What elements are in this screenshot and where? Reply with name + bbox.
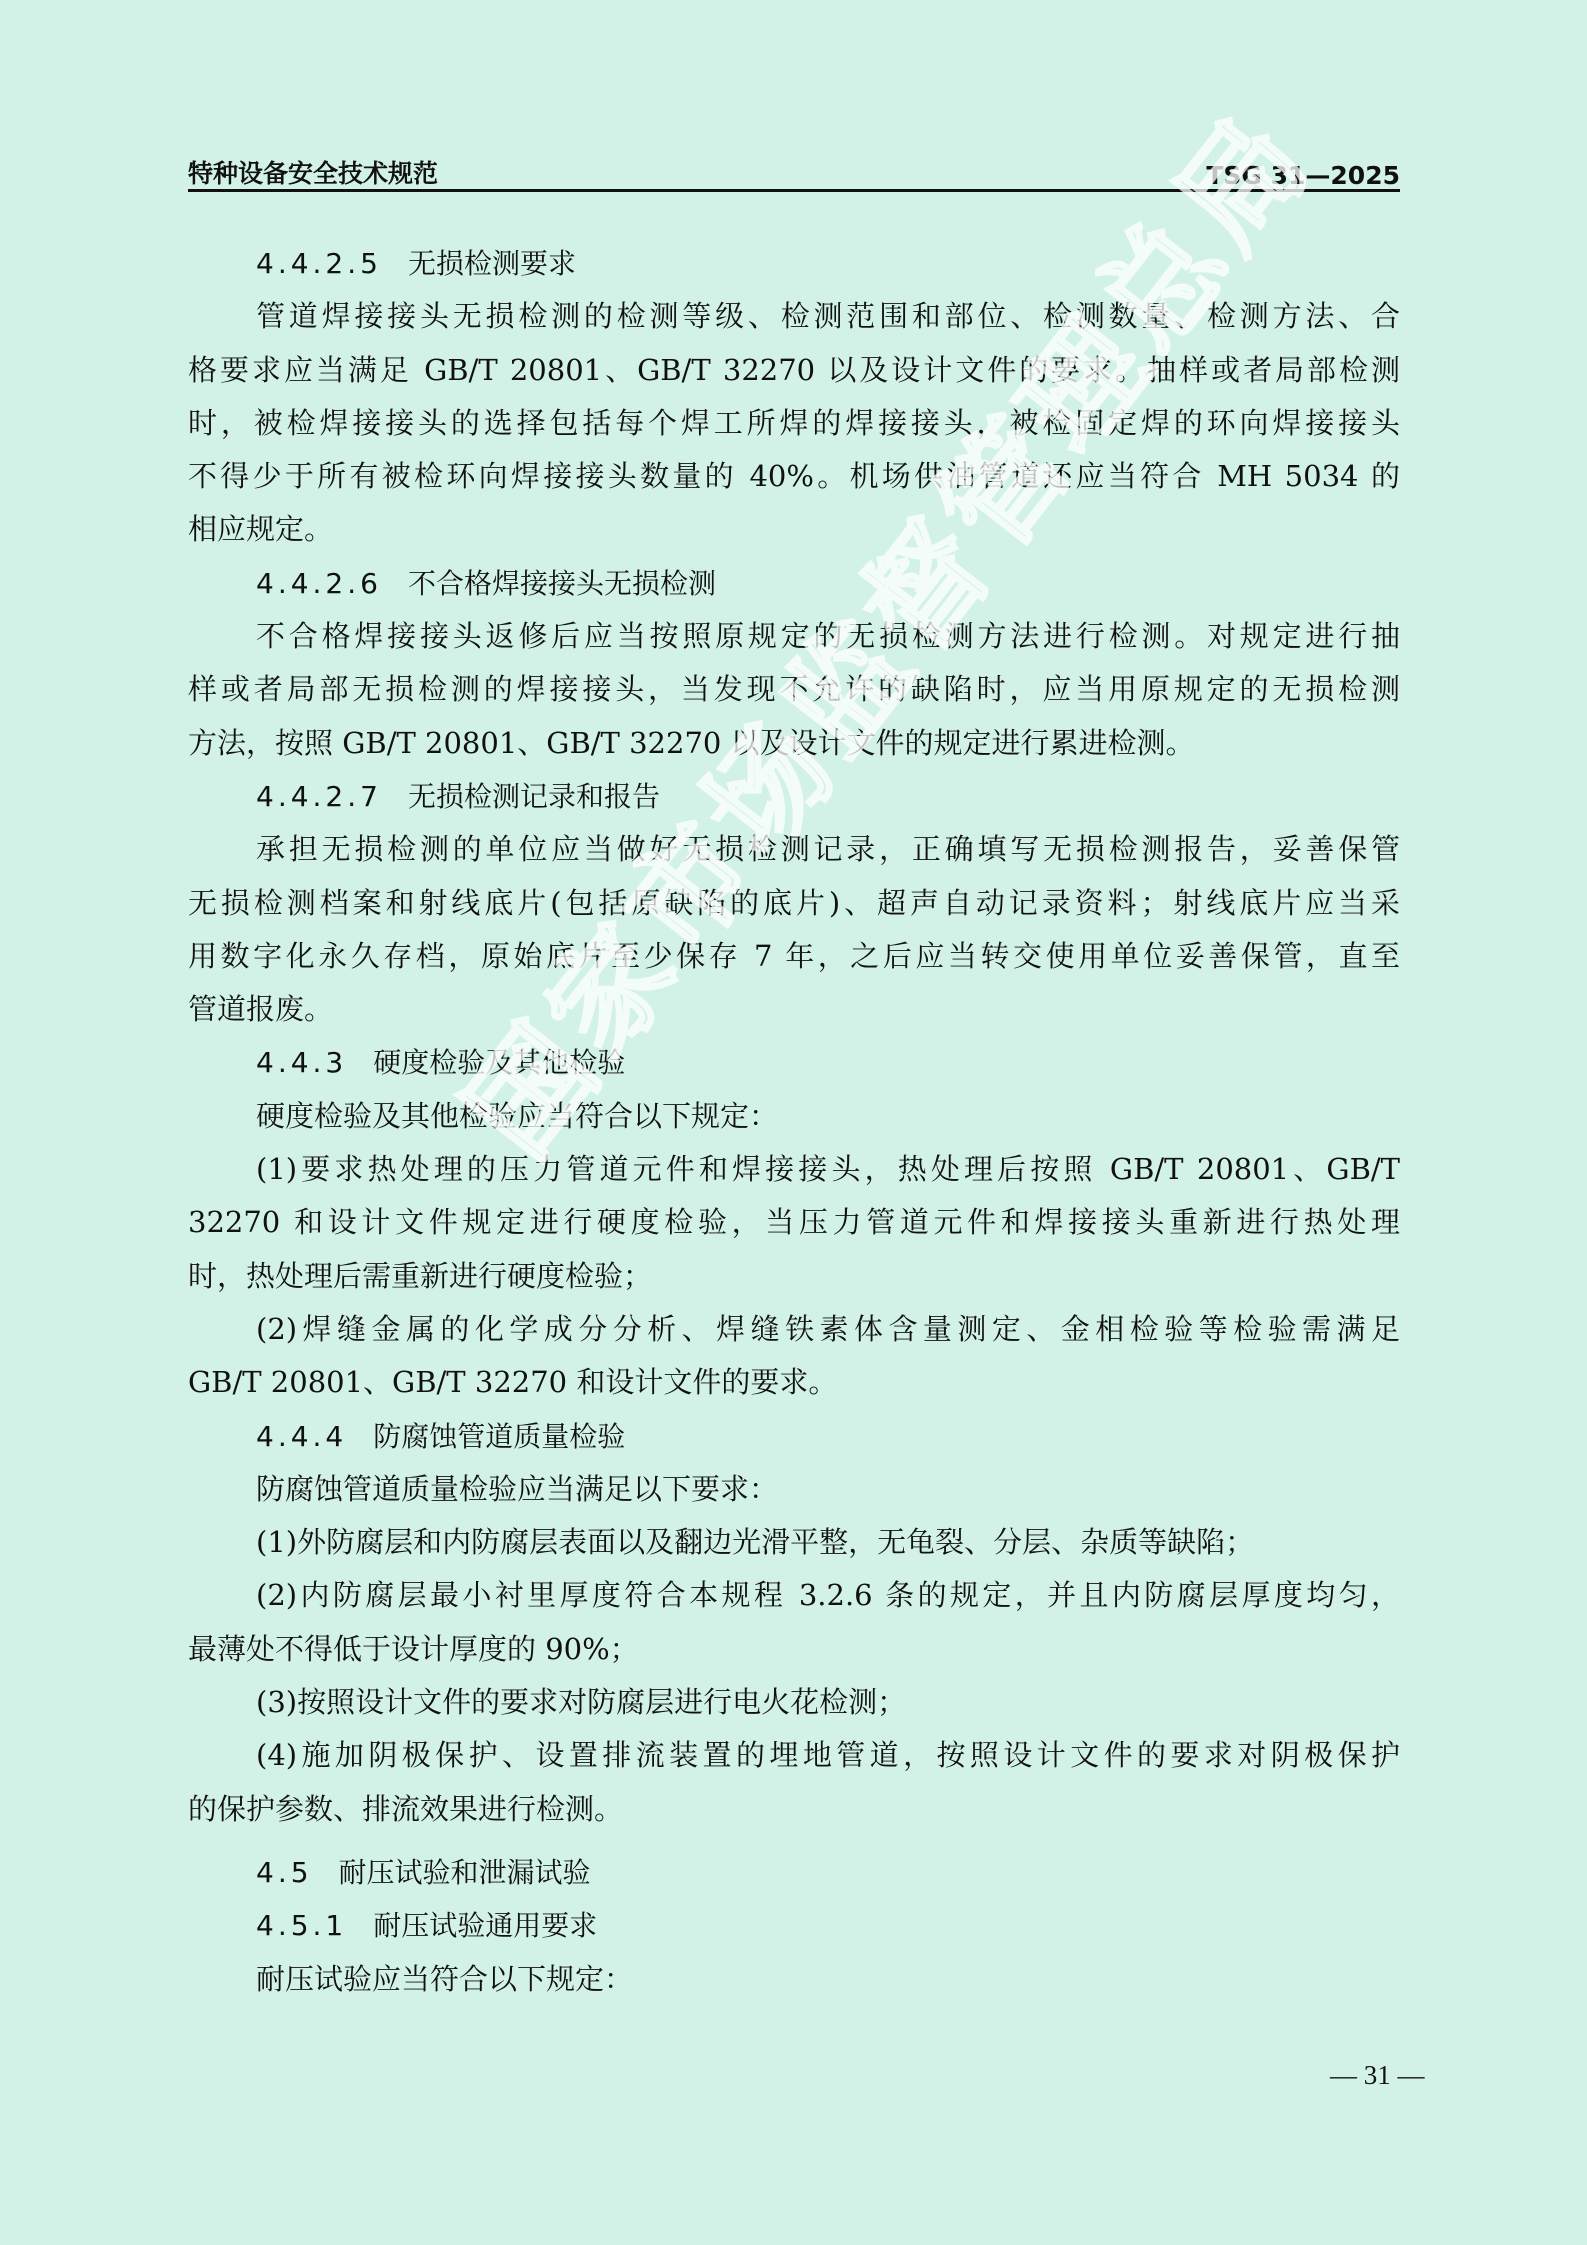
paragraph: (1)要求热处理的压力管道元件和焊接接头，热处理后按照 GB/T 20801、G… (188, 1143, 1400, 1303)
section-title: 耐压试验通用要求 (373, 1909, 597, 1942)
section-title: 硬度检验及其他检验 (373, 1046, 625, 1079)
paragraph-line: 无损检测档案和射线底片(包括原缺陷的底片)、超声自动记录资料；射线底片应当采 (188, 877, 1400, 930)
paragraph-line: 32270 和设计文件规定进行硬度检验，当压力管道元件和焊接接头重新进行热处理 (188, 1196, 1400, 1249)
paragraph-line: 承担无损检测的单位应当做好无损检测记录，正确填写无损检测报告，妥善保管 (188, 823, 1400, 876)
section-number: 4.5.1 (256, 1909, 347, 1942)
section-title: 防腐蚀管道质量检验 (373, 1420, 625, 1453)
paragraph-line: 相应规定。 (188, 503, 1400, 556)
paragraph: 承担无损检测的单位应当做好无损检测记录，正确填写无损检测报告，妥善保管无损检测档… (188, 823, 1400, 1036)
section-heading: 4.4.3硬度检验及其他检验 (188, 1036, 1400, 1089)
paragraph-line: GB/T 20801、GB/T 32270 和设计文件的要求。 (188, 1356, 1400, 1409)
paragraph: 硬度检验及其他检验应当符合以下规定： (188, 1090, 1400, 1143)
section-heading: 4.4.4防腐蚀管道质量检验 (188, 1410, 1400, 1463)
section-heading: 4.5耐压试验和泄漏试验 (188, 1846, 1400, 1899)
section-number: 4.4.2.6 (256, 567, 382, 600)
document-body: 4.4.2.5无损检测要求管道焊接接头无损检测的检测等级、检测范围和部位、检测数… (188, 237, 1400, 2006)
paragraph-line: 耐压试验应当符合以下规定： (188, 1953, 1400, 2006)
paragraph-line: 不得少于所有被检环向焊接接头数量的 40%。机场供油管道还应当符合 MH 503… (188, 450, 1400, 503)
section-heading: 4.4.2.6不合格焊接接头无损检测 (188, 557, 1400, 610)
paragraph: (1)外防腐层和内防腐层表面以及翻边光滑平整，无龟裂、分层、杂质等缺陷； (188, 1516, 1400, 1569)
paragraph-line: 的保护参数、排流效果进行检测。 (188, 1783, 1400, 1836)
section-gap (188, 1836, 1400, 1846)
section-title: 耐压试验和泄漏试验 (339, 1856, 591, 1889)
section-title: 不合格焊接接头无损检测 (408, 567, 716, 600)
header-title: 特种设备安全技术规范 (188, 154, 438, 190)
section-heading: 4.4.2.5无损检测要求 (188, 237, 1400, 290)
paragraph: (2)焊缝金属的化学成分分析、焊缝铁素体含量测定、金相检验等检验需满足GB/T … (188, 1303, 1400, 1410)
paragraph-line: 方法，按照 GB/T 20801、GB/T 32270 以及设计文件的规定进行累… (188, 717, 1400, 770)
paragraph: 管道焊接接头无损检测的检测等级、检测范围和部位、检测数量、检测方法、合格要求应当… (188, 290, 1400, 556)
section-title: 无损检测记录和报告 (408, 780, 660, 813)
paragraph: 防腐蚀管道质量检验应当满足以下要求： (188, 1463, 1400, 1516)
paragraph: (4)施加阴极保护、设置排流装置的埋地管道，按照设计文件的要求对阴极保护的保护参… (188, 1729, 1400, 1836)
section-number: 4.5 (256, 1856, 313, 1889)
section-number: 4.4.4 (256, 1420, 347, 1453)
section-heading: 4.4.2.7无损检测记录和报告 (188, 770, 1400, 823)
paragraph-line: 样或者局部无损检测的焊接接头，当发现不允许的缺陷时，应当用原规定的无损检测 (188, 663, 1400, 716)
document-page: 特种设备安全技术规范 TSG 31—2025 4.4.2.5无损检测要求管道焊接… (0, 0, 1587, 2245)
section-title: 无损检测要求 (408, 247, 576, 280)
paragraph: (2)内防腐层最小衬里厚度符合本规程 3.2.6 条的规定，并且内防腐层厚度均匀… (188, 1569, 1400, 1676)
paragraph-line: 时，热处理后需重新进行硬度检验； (188, 1250, 1400, 1303)
paragraph-line: 用数字化永久存档，原始底片至少保存 7 年，之后应当转交使用单位妥善保管，直至 (188, 930, 1400, 983)
paragraph-line: (1)要求热处理的压力管道元件和焊接接头，热处理后按照 GB/T 20801、G… (188, 1143, 1400, 1196)
paragraph-line: 最薄处不得低于设计厚度的 90%； (188, 1623, 1400, 1676)
paragraph-line: 防腐蚀管道质量检验应当满足以下要求： (188, 1463, 1400, 1516)
paragraph-line: (4)施加阴极保护、设置排流装置的埋地管道，按照设计文件的要求对阴极保护 (188, 1729, 1400, 1782)
paragraph: 耐压试验应当符合以下规定： (188, 1953, 1400, 2006)
paragraph-line: (3)按照设计文件的要求对防腐层进行电火花检测； (188, 1676, 1400, 1729)
paragraph-line: 格要求应当满足 GB/T 20801、GB/T 32270 以及设计文件的要求。… (188, 344, 1400, 397)
header-standard-code: TSG 31—2025 (1206, 161, 1400, 190)
paragraph: 不合格焊接接头返修后应当按照原规定的无损检测方法进行检测。对规定进行抽样或者局部… (188, 610, 1400, 770)
paragraph-line: 管道焊接接头无损检测的检测等级、检测范围和部位、检测数量、检测方法、合 (188, 290, 1400, 343)
paragraph-line: 不合格焊接接头返修后应当按照原规定的无损检测方法进行检测。对规定进行抽 (188, 610, 1400, 663)
section-heading: 4.5.1耐压试验通用要求 (188, 1899, 1400, 1952)
section-number: 4.4.2.5 (256, 247, 382, 280)
paragraph-line: 管道报废。 (188, 983, 1400, 1036)
paragraph-line: (1)外防腐层和内防腐层表面以及翻边光滑平整，无龟裂、分层、杂质等缺陷； (188, 1516, 1400, 1569)
paragraph-line: (2)焊缝金属的化学成分分析、焊缝铁素体含量测定、金相检验等检验需满足 (188, 1303, 1400, 1356)
paragraph-line: 时，被检焊接接头的选择包括每个焊工所焊的焊接接头，被检固定焊的环向焊接接头 (188, 397, 1400, 450)
paragraph-line: (2)内防腐层最小衬里厚度符合本规程 3.2.6 条的规定，并且内防腐层厚度均匀… (188, 1569, 1400, 1622)
section-number: 4.4.2.7 (256, 780, 382, 813)
paragraph: (3)按照设计文件的要求对防腐层进行电火花检测； (188, 1676, 1400, 1729)
page-header: 特种设备安全技术规范 TSG 31—2025 (188, 150, 1400, 190)
page-number: — 31 — (1330, 2060, 1425, 2091)
header-rule (188, 189, 1400, 192)
paragraph-line: 硬度检验及其他检验应当符合以下规定： (188, 1090, 1400, 1143)
section-number: 4.4.3 (256, 1046, 347, 1079)
